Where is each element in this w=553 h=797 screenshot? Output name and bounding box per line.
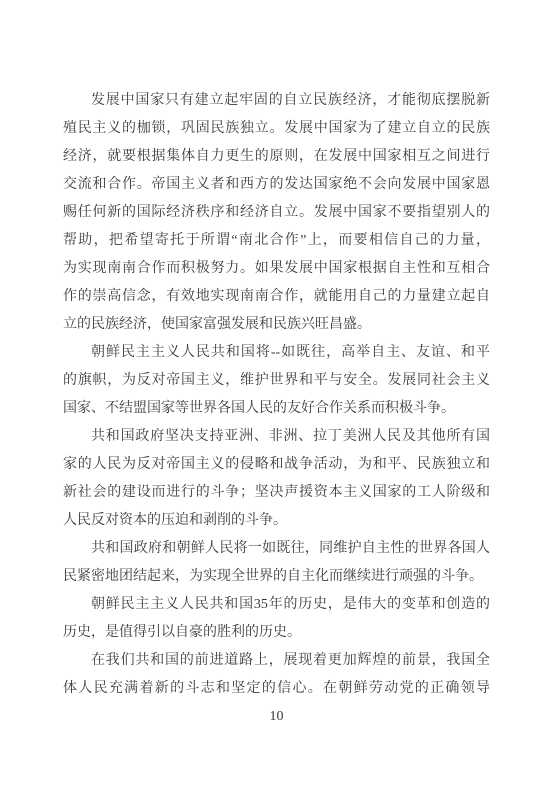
text-line: 国家、不结盟国家等世界各国人民的友好合作关系而积极斗争。	[63, 395, 490, 423]
document-page: 发展中国家只有建立起牢固的自立民族经济，才能彻底摆脱新 殖民主义的枷锁，巩固民族…	[0, 0, 553, 797]
text-line: 体人民充满着新的斗志和坚定的信心。在朝鲜劳动党的正确领导	[63, 675, 490, 703]
text-line: 为实现南南合作而积极努力。如果发展中国家根据自主性和互相合	[63, 255, 490, 283]
text-line: 家的人民为反对帝国主义的侵略和战争活动，为和平、民族独立和	[63, 451, 490, 479]
text-line: 新社会的建设而进行的斗争；坚决声援资本主义国家的工人阶级和	[63, 479, 490, 507]
text-line: 民紧密地团结起来，为实现全世界的自主化而继续进行顽强的斗争。	[63, 563, 490, 591]
text-line: 朝鲜民主主义人民共和国35年的历史，是伟大的变革和创造的	[63, 591, 490, 619]
paragraph: 在我们共和国的前进道路上，展现着更加辉煌的前景，我国全 体人民充满着新的斗志和坚…	[63, 647, 490, 703]
text-line: 在我们共和国的前进道路上，展现着更加辉煌的前景，我国全	[63, 647, 490, 675]
text-line: 帮助，把希望寄托于所谓“南北合作”上，而要相信自己的力量，	[63, 227, 490, 255]
paragraph: 朝鲜民主主义人民共和国35年的历史，是伟大的变革和创造的 历史，是值得引以自豪的…	[63, 591, 490, 647]
text-line: 交流和合作。帝国主义者和西方的发达国家绝不会向发展中国家恩	[63, 171, 490, 199]
text-block: 发展中国家只有建立起牢固的自立民族经济，才能彻底摆脱新 殖民主义的枷锁，巩固民族…	[63, 87, 490, 703]
text-line: 朝鲜民主主义人民共和国将--如既往，高举自主、友谊、和平	[63, 339, 490, 367]
paragraph: 朝鲜民主主义人民共和国将--如既往，高举自主、友谊、和平 的旗帜，为反对帝国主义…	[63, 339, 490, 423]
text-line: 赐任何新的国际经济秩序和经济自立。发展中国家不要指望别人的	[63, 199, 490, 227]
page-number: 10	[0, 703, 553, 731]
paragraph: 共和国政府和朝鲜人民将一如既往，同维护自主性的世界各国人 民紧密地团结起来，为实…	[63, 535, 490, 591]
paragraph: 共和国政府坚决支持亚洲、非洲、拉丁美洲人民及其他所有国 家的人民为反对帝国主义的…	[63, 423, 490, 535]
text-line: 历史，是值得引以自豪的胜利的历史。	[63, 619, 490, 647]
text-line: 的旗帜，为反对帝国主义，维护世界和平与安全。发展同社会主义	[63, 367, 490, 395]
text-line: 作的崇高信念，有效地实现南南合作，就能用自己的力量建立起自	[63, 283, 490, 311]
text-line: 经济，就要根据集体自力更生的原则，在发展中国家相互之间进行	[63, 143, 490, 171]
text-line: 发展中国家只有建立起牢固的自立民族经济，才能彻底摆脱新	[63, 87, 490, 115]
paragraph: 发展中国家只有建立起牢固的自立民族经济，才能彻底摆脱新 殖民主义的枷锁，巩固民族…	[63, 87, 490, 339]
text-line: 人民反对资本的压迫和剥削的斗争。	[63, 507, 490, 535]
text-line: 共和国政府坚决支持亚洲、非洲、拉丁美洲人民及其他所有国	[63, 423, 490, 451]
text-line: 立的民族经济，使国家富强发展和民族兴旺昌盛。	[63, 311, 490, 339]
text-line: 殖民主义的枷锁，巩固民族独立。发展中国家为了建立自立的民族	[63, 115, 490, 143]
text-line: 共和国政府和朝鲜人民将一如既往，同维护自主性的世界各国人	[63, 535, 490, 563]
